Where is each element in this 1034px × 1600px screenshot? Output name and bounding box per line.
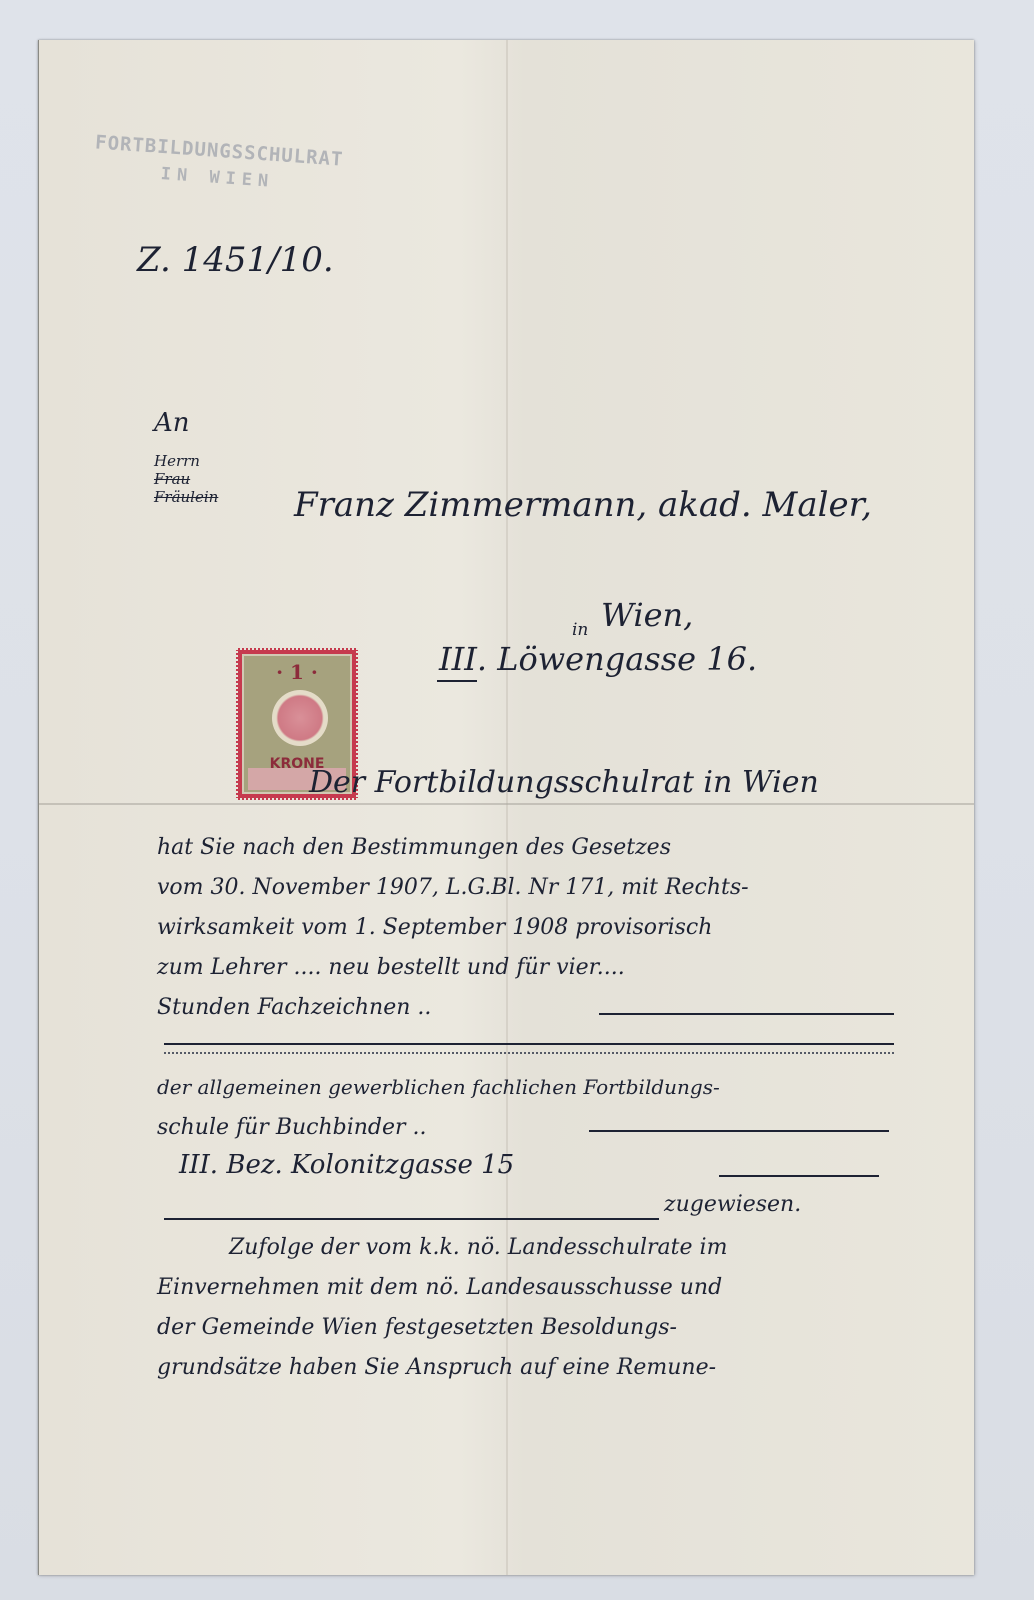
stamp-portrait-icon: [272, 690, 328, 746]
title-frau: Frau: [154, 470, 218, 488]
fill-rule: [164, 1218, 659, 1220]
body-line-8: schule für Buchbinder ..: [157, 1115, 427, 1140]
title-options: Herrn Frau Fräulein: [154, 452, 218, 506]
address-underline: [437, 680, 477, 682]
body-line-9: III. Bez. Kolonitzgasse 15: [179, 1150, 514, 1180]
fill-rule: [719, 1175, 879, 1177]
body-line-11: Zufolge der vom k.k. nö. Landesschulrate…: [229, 1235, 727, 1260]
vertical-fold-line: [506, 40, 508, 1575]
body-line-3: vom 30. November 1907, L.G.Bl. Nr 171, m…: [157, 875, 749, 900]
title-fraeulein: Fräulein: [154, 488, 218, 506]
city-prefix: in: [572, 620, 588, 640]
body-line-2: hat Sie nach den Bestimmungen des Gesetz…: [157, 835, 671, 860]
body-line-4: wirksamkeit vom 1. September 1908 provis…: [157, 915, 712, 940]
body-line-13: der Gemeinde Wien festgesetzten Besoldun…: [157, 1315, 677, 1340]
body-line-1: Der Fortbildungsschulrat in Wien: [309, 765, 819, 800]
letterhead-stamp: FORTBILDUNGSSCHULRAT IN WIEN: [93, 131, 345, 196]
title-herrn: Herrn: [154, 452, 218, 470]
letter-sheet: FORTBILDUNGSSCHULRAT IN WIEN Z. 1451/10.…: [38, 40, 974, 1575]
reference-number: Z. 1451/10.: [137, 240, 334, 280]
recipient-name: Franz Zimmermann, akad. Maler,: [294, 485, 872, 525]
stamp-value: · 1 ·: [244, 660, 350, 684]
body-line-14: grundsätze haben Sie Anspruch auf eine R…: [157, 1355, 716, 1380]
recipient-city: Wien,: [601, 596, 693, 634]
body-line-6: Stunden Fachzeichnen ..: [157, 995, 431, 1020]
body-line-5: zum Lehrer .... neu bestellt und für vie…: [157, 955, 625, 980]
body-line-10: zugewiesen.: [664, 1192, 801, 1217]
body-line-12: Einvernehmen mit dem nö. Landesausschuss…: [157, 1275, 722, 1300]
body-line-7: der allgemeinen gewerblichen fachlichen …: [157, 1075, 720, 1099]
recipient-address: III. Löwengasse 16.: [439, 640, 757, 678]
fill-rule: [164, 1043, 894, 1045]
horizontal-fold-line: [39, 803, 974, 805]
fill-rule: [589, 1130, 889, 1132]
salutation: An: [154, 408, 190, 438]
fill-dots: [164, 1052, 894, 1054]
fill-rule: [599, 1013, 894, 1015]
